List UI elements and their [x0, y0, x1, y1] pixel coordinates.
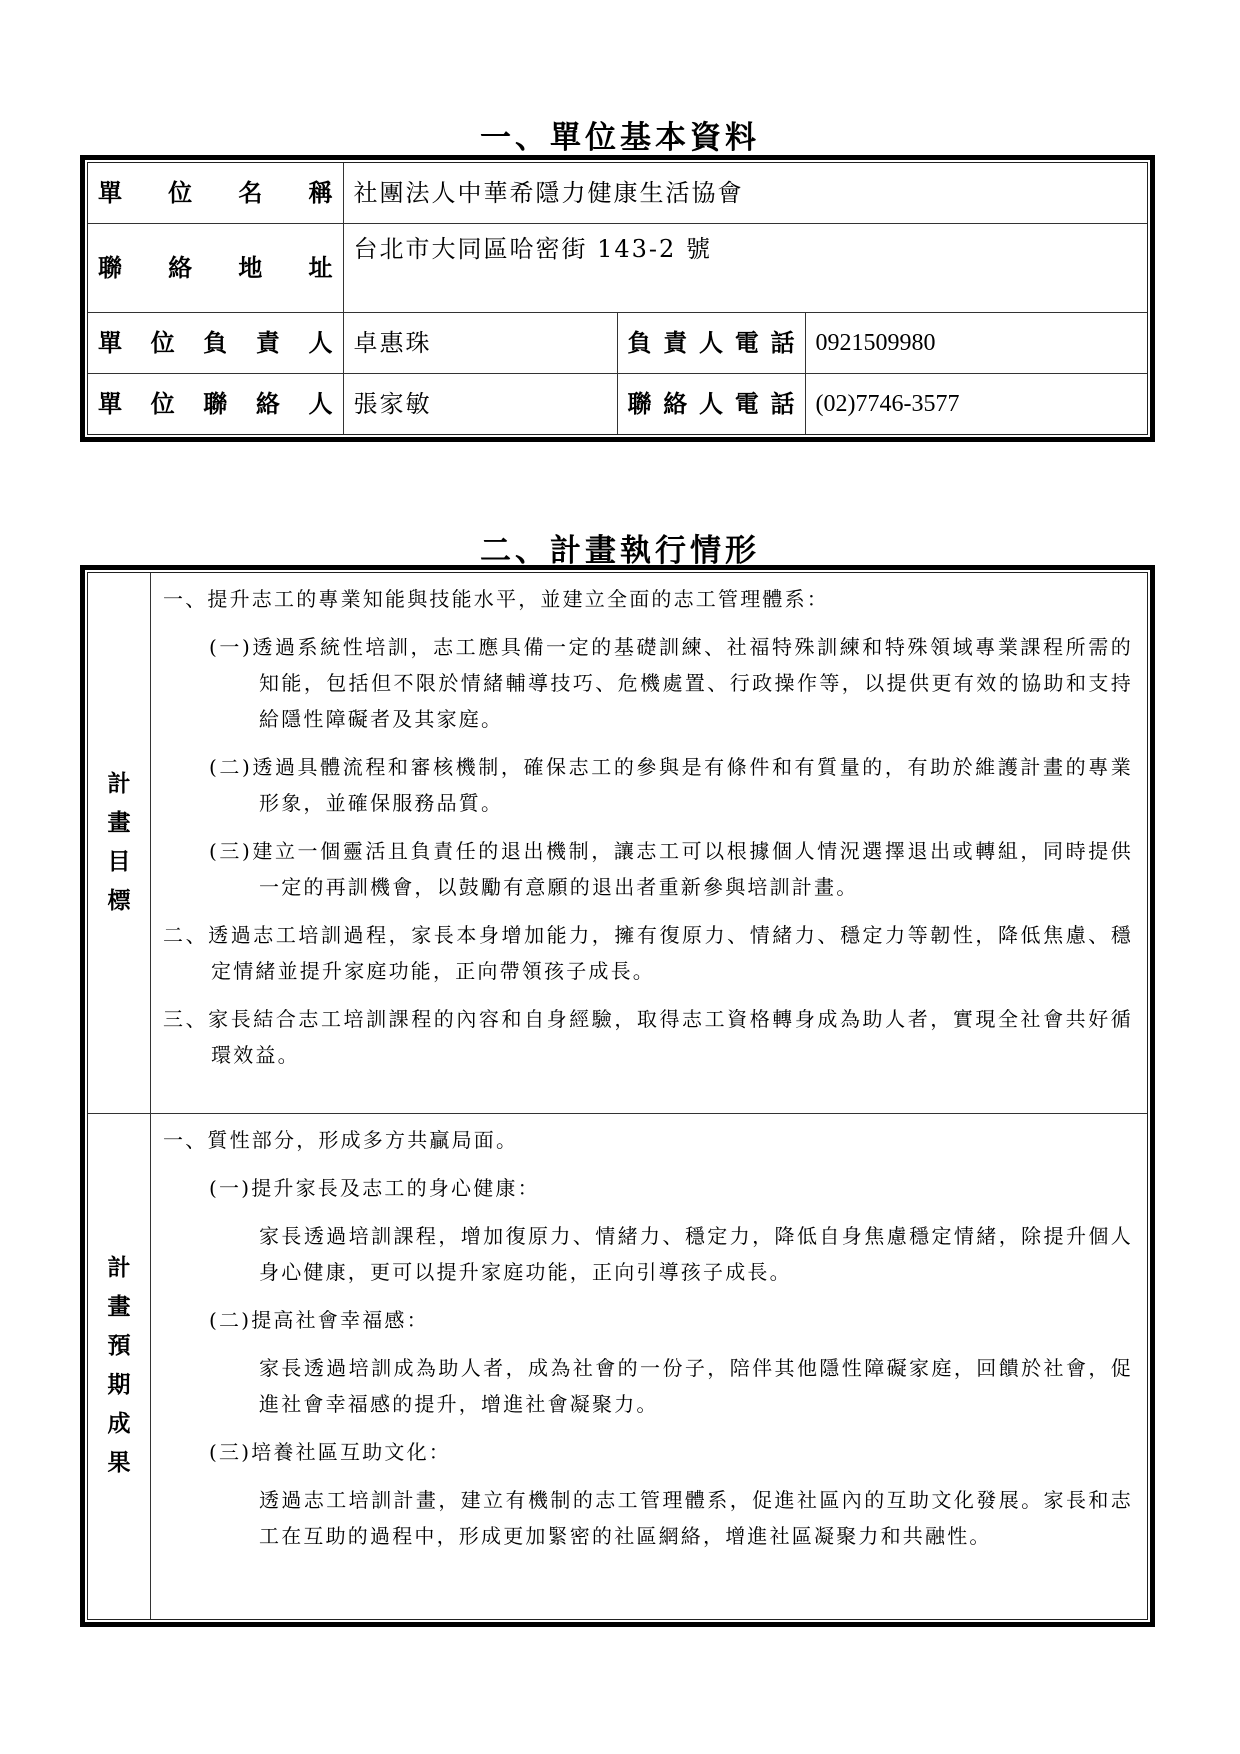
row-contact: 單 位 聯 絡 人 張家敏 聯 絡 人 電 話 — [88, 373, 1147, 434]
plan-table-frame: 計 畫 目 標 一、提升志工的專業知能與技能水平，並建立全面的志工管理體系： (… — [80, 565, 1155, 1627]
outcome-detail: 透過志工培訓計畫，建立有機制的志工管理體系，促進社區內的互助文化發展。家長和志工… — [163, 1482, 1133, 1554]
row-plan-outcomes: 計 畫 預 期 成 果 一、質性部分，形成多方共贏局面。 (一)提升家長及志工的… — [88, 1113, 1147, 1619]
outcome-detail: 家長透過培訓課程，增加復原力、情緒力、穩定力，降低自身焦慮穩定情緒，除提升個人身… — [163, 1218, 1133, 1290]
outcome-subheading: (一)提升家長及志工的身心健康： — [163, 1170, 1133, 1206]
outcome-item: 一、質性部分，形成多方共贏局面。 — [163, 1122, 1133, 1158]
row-owner: 單 位 負 責 人 卓惠珠 負 責 人 電 話 — [88, 313, 1147, 374]
label-owner: 單 位 負 責 人 — [88, 313, 343, 374]
value-address: 台北市大同區哈密街 143-2 號 — [343, 224, 1147, 313]
row-address: 聯 絡 地 址 台北市大同區哈密街 143-2 號 — [88, 224, 1147, 313]
value-contact: 張家敏 — [343, 373, 617, 434]
outcome-subheading: (二)提高社會幸福感： — [163, 1302, 1133, 1338]
goal-subitem: (二)透過具體流程和審核機制，確保志工的參與是有條件和有質量的，有助於維護計畫的… — [163, 749, 1133, 821]
label-unit-name: 單 位 名 稱 — [88, 163, 343, 224]
row-plan-goals: 計 畫 目 標 一、提升志工的專業知能與技能水平，並建立全面的志工管理體系： (… — [88, 573, 1147, 1113]
value-contact-phone: (02)7746-3577 — [805, 373, 1147, 434]
goal-subitem: (一)透過系統性培訓，志工應具備一定的基礎訓練、社福特殊訓練和特殊領域專業課程所… — [163, 629, 1133, 737]
goal-item: 二、透過志工培訓過程，家長本身增加能力，擁有復原力、情緒力、穩定力等韌性，降低焦… — [163, 917, 1133, 989]
goal-subitem: (三)建立一個靈活且負責任的退出機制，讓志工可以根據個人情況選擇退出或轉組，同時… — [163, 833, 1133, 905]
label-contact: 單 位 聯 絡 人 — [88, 373, 343, 434]
value-owner: 卓惠珠 — [343, 313, 617, 374]
goal-item: 一、提升志工的專業知能與技能水平，並建立全面的志工管理體系： — [163, 581, 1133, 617]
section-title-basic-info: 一、單位基本資料 — [0, 118, 1240, 158]
basic-info-table: 單 位 名 稱 社團法人中華希隱力健康生活協會 聯 絡 地 址 — [88, 163, 1147, 434]
goal-item: 三、家長結合志工培訓課程的內容和自身經驗，取得志工資格轉身成為助人者，實現全社會… — [163, 1001, 1133, 1073]
value-owner-phone: 0921509980 — [805, 313, 1147, 374]
outcome-detail: 家長透過培訓成為助人者，成為社會的一份子，陪伴其他隱性障礙家庭，回饋於社會，促進… — [163, 1350, 1133, 1422]
basic-info-table-frame: 單 位 名 稱 社團法人中華希隱力健康生活協會 聯 絡 地 址 — [80, 155, 1155, 442]
label-address: 聯 絡 地 址 — [88, 224, 343, 313]
plan-table: 計 畫 目 標 一、提升志工的專業知能與技能水平，並建立全面的志工管理體系： (… — [88, 573, 1147, 1619]
label-plan-outcomes: 計 畫 預 期 成 果 — [88, 1113, 151, 1619]
outcome-subheading: (三)培養社區互助文化： — [163, 1434, 1133, 1470]
label-owner-phone: 負 責 人 電 話 — [617, 313, 805, 374]
label-plan-goals: 計 畫 目 標 — [88, 573, 151, 1113]
plan-goals-content: 一、提升志工的專業知能與技能水平，並建立全面的志工管理體系： (一)透過系統性培… — [151, 573, 1148, 1113]
label-contact-phone: 聯 絡 人 電 話 — [617, 373, 805, 434]
row-unit-name: 單 位 名 稱 社團法人中華希隱力健康生活協會 — [88, 163, 1147, 224]
plan-outcomes-content: 一、質性部分，形成多方共贏局面。 (一)提升家長及志工的身心健康： 家長透過培訓… — [151, 1113, 1148, 1619]
value-unit-name: 社團法人中華希隱力健康生活協會 — [343, 163, 1147, 224]
